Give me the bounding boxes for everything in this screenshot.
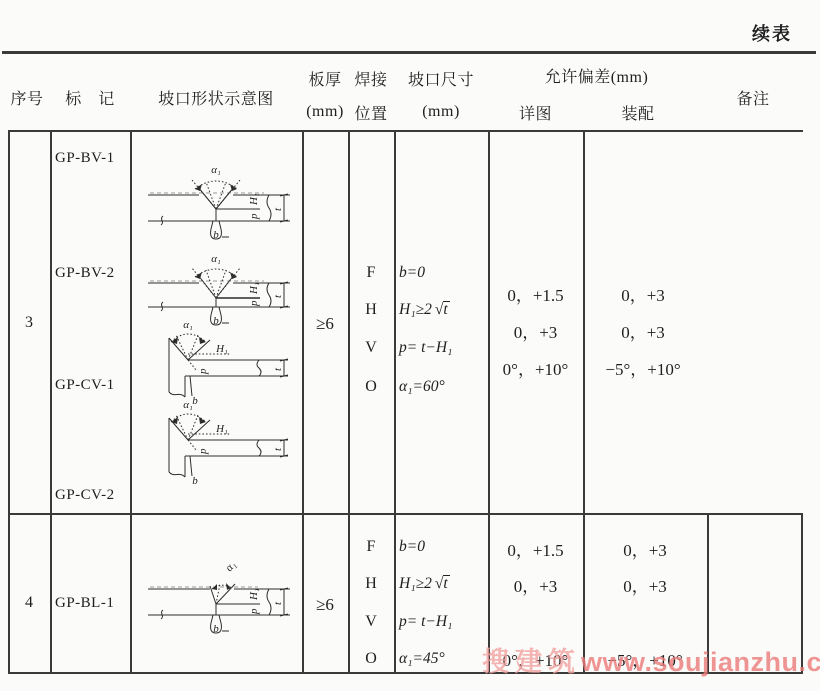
t-label: t xyxy=(272,294,284,298)
header-remark: 备注 xyxy=(705,84,801,110)
cell-row3-detail-2: 0°，+10° xyxy=(488,355,583,379)
alpha1-label: α₁ xyxy=(183,319,193,331)
radical-sign: √ xyxy=(435,301,444,319)
b-label: b xyxy=(192,475,198,487)
p-label: p xyxy=(248,213,260,220)
t-label: t xyxy=(272,207,284,211)
dim-h1-radicand: t xyxy=(443,575,449,592)
table-border xyxy=(130,131,132,513)
watermark-brand: 搜建筑 xyxy=(482,647,581,677)
cell-row3-assembly-0: 0，+3 xyxy=(583,281,703,305)
header-position-2: 位置 xyxy=(348,100,394,124)
diagram-gp-cv-2: α₁ t H₁ p b xyxy=(138,398,302,488)
cell-row4-mark-gp-bl-1: GP-BL-1 xyxy=(55,590,114,616)
b-label: b xyxy=(213,229,219,241)
table-border xyxy=(2,51,816,54)
h1-label: H₁ xyxy=(215,343,228,355)
b-label: b xyxy=(213,623,219,635)
cell-row3-assembly-1: 0，+3 xyxy=(583,318,703,342)
alpha1-label: α₁ xyxy=(211,253,221,265)
table-border xyxy=(348,131,350,513)
header-diagram: 坡口形状示意图 xyxy=(130,84,302,110)
p-label: p xyxy=(248,608,260,615)
cell-row3-mark-gp-cv-1: GP-CV-1 xyxy=(55,372,115,398)
radical-sign: √ xyxy=(435,575,444,593)
diagram-gp-cv-1: α₁ t H₁ p b xyxy=(138,318,302,408)
dim-h1-radicand: t xyxy=(443,301,449,318)
cell-row3-detail-0: 0，+1.5 xyxy=(488,281,583,305)
alpha1-label: α₁ xyxy=(211,164,221,176)
watermark: 搜建筑www.soujianzhu.cn xyxy=(482,640,820,679)
p-label: p xyxy=(248,300,260,307)
document-page: 续表 序号 标 记 坡口形状示意图 板厚 (mm) 焊接 位置 坡口尺寸 (mm… xyxy=(0,0,820,691)
cell-row4-no: 4 xyxy=(8,590,50,616)
h1-label: H₁ xyxy=(248,588,260,601)
cell-row3-dim-p: p= t−H₁ xyxy=(399,336,452,360)
table-border xyxy=(394,514,396,673)
header-deviation: 允许偏差(mm) xyxy=(488,63,705,87)
cell-row3-pos-f: F xyxy=(348,261,394,285)
h1-label: H₁ xyxy=(248,193,260,206)
cell-row4-assembly-1: 0，+3 xyxy=(583,572,707,596)
p-label: p xyxy=(197,368,209,375)
header-assembly: 装配 xyxy=(583,100,693,124)
cell-row3-thickness: ≥6 xyxy=(302,311,348,337)
cell-row3-dim-b: b=0 xyxy=(399,261,425,285)
alpha1-label: α₁ xyxy=(183,399,193,411)
h1-label: H₁ xyxy=(215,423,228,435)
header-mark: 标 记 xyxy=(50,84,130,110)
cell-row3-dim-alpha: α₁=60° xyxy=(399,375,445,399)
cell-row4-pos-o: O xyxy=(348,647,394,671)
header-position: 焊接 xyxy=(348,66,394,90)
cell-row4-dim-alpha: α₁=45° xyxy=(399,647,445,671)
cell-row4-pos-f: F xyxy=(348,535,394,559)
cell-row3-assembly-2: −5°，+10° xyxy=(583,355,703,379)
cell-row4-dim-p: p= t−H₁ xyxy=(399,610,452,634)
header-groove-size-unit: (mm) xyxy=(394,100,488,124)
cell-row3-detail-1: 0，+3 xyxy=(488,318,583,342)
dim-h1-pre: H₁≥2 xyxy=(399,301,432,319)
diagram-gp-bl-1: α₁ H₁ p t b xyxy=(138,556,302,640)
cell-row3-pos-h: H xyxy=(348,298,394,322)
watermark-url: www.soujianzhu.cn xyxy=(581,647,820,677)
p-label: p xyxy=(197,448,209,455)
header-thickness: 板厚 xyxy=(302,66,348,90)
dim-h1-pre: H₁≥2 xyxy=(399,575,432,593)
alpha1-label: α₁ xyxy=(223,559,238,574)
table-border xyxy=(8,130,803,132)
table-border xyxy=(8,513,803,515)
continued-table-label: 续表 xyxy=(752,20,792,46)
cell-row3-pos-v: V xyxy=(348,336,394,360)
header-detail: 详图 xyxy=(488,100,583,124)
cell-row3-dim-h1: H₁≥2√t xyxy=(399,296,450,324)
header-groove-size: 坡口尺寸 xyxy=(394,66,488,90)
h1-label: H₁ xyxy=(248,282,260,295)
t-label: t xyxy=(272,447,284,451)
cell-row3-mark-gp-bv-1: GP-BV-1 xyxy=(55,145,115,171)
table-border xyxy=(50,514,52,673)
diagram-gp-bv-1: α₁ H₁ p t b xyxy=(138,162,302,246)
t-label: t xyxy=(272,601,284,605)
header-thickness-unit: (mm) xyxy=(302,100,348,124)
cell-row3-no: 3 xyxy=(8,310,50,336)
cell-row4-assembly-0: 0，+3 xyxy=(583,536,707,560)
t-label: t xyxy=(272,367,284,371)
cell-row4-dim-b: b=0 xyxy=(399,535,425,559)
cell-row3-mark-gp-bv-2: GP-BV-2 xyxy=(55,260,115,286)
table-border xyxy=(394,131,396,513)
cell-row4-dim-h1: H₁≥2√t xyxy=(399,570,450,598)
cell-row4-pos-v: V xyxy=(348,610,394,634)
header-no: 序号 xyxy=(4,84,50,110)
cell-row4-detail-0: 0，+1.5 xyxy=(488,536,583,560)
cell-row3-mark-gp-cv-2: GP-CV-2 xyxy=(55,482,115,508)
table-border xyxy=(50,131,52,513)
cell-row3-pos-o: O xyxy=(348,375,394,399)
cell-row4-detail-1: 0，+3 xyxy=(488,572,583,596)
cell-row4-thickness: ≥6 xyxy=(302,592,348,618)
table-border xyxy=(130,514,132,673)
cell-row4-pos-h: H xyxy=(348,572,394,596)
